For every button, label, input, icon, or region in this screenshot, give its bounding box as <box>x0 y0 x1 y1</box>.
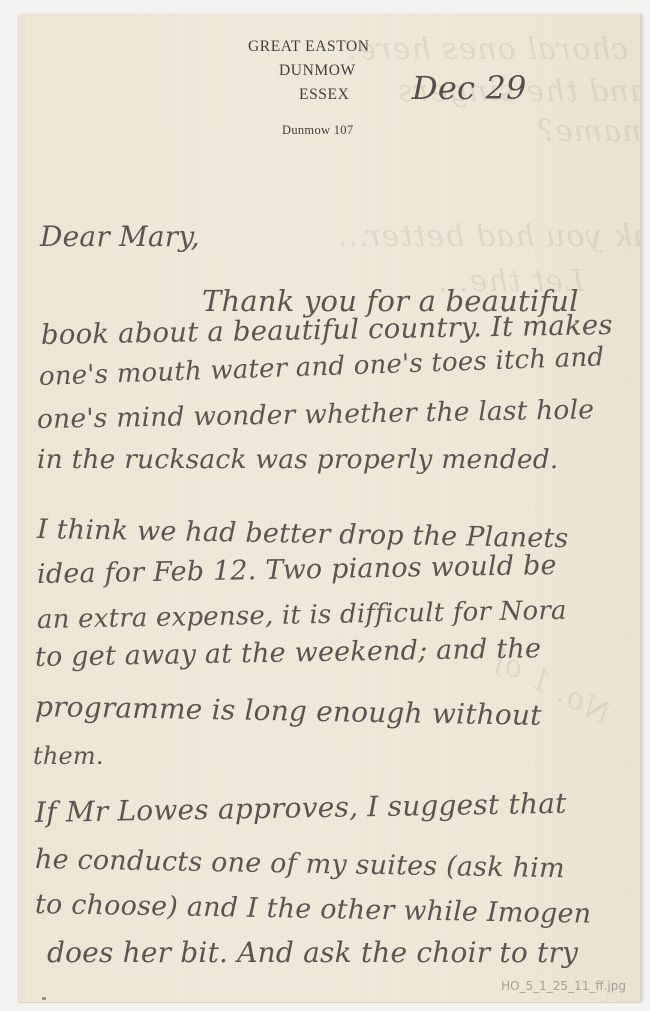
scanned-letter-page: to decide the choral ones here. What do … <box>0 0 650 1011</box>
filename-watermark: HO_5_1_25_11_ff.jpg <box>501 979 626 993</box>
salutation: Dear Mary, <box>40 220 200 253</box>
body-line: one's mouth water and one's toes itch an… <box>38 342 604 392</box>
bleed-through-line: name? <box>537 114 640 149</box>
body-line: programme is long enough without <box>35 690 542 732</box>
body-line: he conducts one of my suites (ask him <box>35 844 565 884</box>
bleed-through-line: I think you had better... <box>337 219 640 254</box>
letterhead-county: ESSEX <box>299 86 349 104</box>
body-line: I think we had better drop the Planets <box>37 514 569 554</box>
body-line: idea for Feb 12. Two pianos would be <box>37 550 557 590</box>
letterhead-phone: Dunmow 107 <box>282 123 353 138</box>
letter-paper: to decide the choral ones here. What do … <box>17 14 640 1002</box>
body-line: one's mind wonder whether the last hole <box>37 394 595 435</box>
body-line: an extra expense, it is difficult for No… <box>37 596 567 635</box>
body-line: does her bit. And ask the choir to try <box>47 936 578 969</box>
paper-speck <box>42 997 46 1000</box>
letter-date: Dec 29 <box>412 69 527 107</box>
body-line: in the rucksack was properly mended. <box>37 444 559 475</box>
body-line: them. <box>33 742 104 770</box>
bleed-through-line: to decide the choral ones here. <box>347 32 640 67</box>
body-line: to get away at the weekend; and the <box>35 633 542 673</box>
body-line: to choose) and I the other while Imogen <box>35 889 592 930</box>
body-line: If Mr Lowes approves, I suggest that <box>35 787 567 829</box>
letterhead-town: GREAT EASTON <box>248 38 370 56</box>
letterhead-area: DUNMOW <box>279 62 356 80</box>
